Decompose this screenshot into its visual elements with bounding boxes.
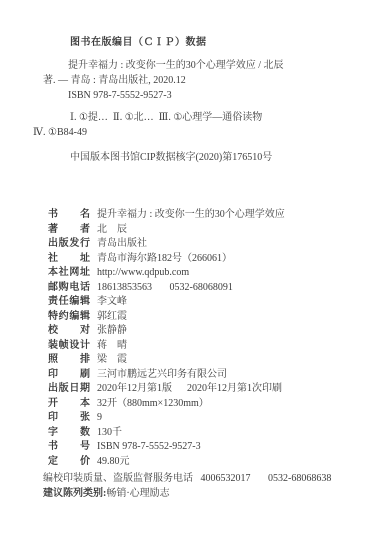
cip-record-number-line: 中国版本图书馆CIP数据核字(2020)第176510号 [70, 150, 375, 165]
info-row: 装帧设计 蒋 晴 [0, 339, 375, 354]
category-label: 建议陈列类别: [43, 488, 106, 499]
info-row-value: 三河市鹏远艺兴印务有限公司 [97, 368, 227, 383]
info-row: 书名 提升幸福力 : 改变你一生的30个心理学效应 [0, 208, 375, 223]
cip-title-line: 提升幸福力 : 改变你一生的30个心理学效应 / 北辰 [43, 58, 375, 73]
info-row-label: 责任编辑 [48, 295, 90, 310]
cip-isbn-line: ISBN 978-7-5552-9527-3 [43, 88, 375, 103]
info-row-label: 特约编辑 [48, 310, 90, 325]
info-row-label: 出版日期 [48, 382, 90, 397]
info-row: 特约编辑 郭红霞 [0, 310, 375, 325]
info-row-value: http://www.qdpub.com [97, 266, 189, 281]
info-row-label: 书名 [48, 208, 90, 223]
info-row-label: 社址 [48, 252, 90, 267]
info-row-value: 郭红霞 [97, 310, 127, 325]
cip-header: 图书在版编目（ＣＩＰ）数据 [70, 35, 375, 50]
info-row-label: 照排 [48, 353, 90, 368]
info-row: 定价 49.80元 [0, 455, 375, 470]
info-row-value: 18613853563 0532-68068091 [97, 281, 233, 296]
info-row-value: 蒋 晴 [97, 339, 127, 354]
info-row-value: 9 [97, 411, 102, 426]
category-line: 建议陈列类别:畅销·心理励志 [43, 487, 375, 502]
info-row: 责任编辑 李文峰 [0, 295, 375, 310]
info-row-label: 邮购电话 [48, 281, 90, 296]
cip-entry-block: 提升幸福力 : 改变你一生的30个心理学效应 / 北辰 著. — 青岛 : 青岛… [43, 58, 375, 103]
info-row: 书号 ISBN 978-7-5552-9527-3 [0, 440, 375, 455]
info-row-value: ISBN 978-7-5552-9527-3 [97, 440, 201, 455]
info-row-value: 李文峰 [97, 295, 127, 310]
footer-block: 编校印装质量、盗版监督服务电话 4006532017 0532-68068638… [43, 472, 375, 501]
info-row-label: 字数 [48, 426, 90, 441]
info-row-value: 北 辰 [97, 223, 127, 238]
info-row-value: 2020年12月第1版 2020年12月第1次印刷 [97, 382, 282, 397]
info-row-label: 印刷 [48, 368, 90, 383]
info-row-label: 著者 [48, 223, 90, 238]
info-row: 字数 130千 [0, 426, 375, 441]
info-row-label: 定价 [48, 455, 90, 470]
info-row: 开本 32开（880mm×1230mm） [0, 397, 375, 412]
info-row-value: 130千 [97, 426, 122, 441]
info-row-value: 青岛出版社 [97, 237, 147, 252]
info-row-label: 书号 [48, 440, 90, 455]
info-row-value: 32开（880mm×1230mm） [97, 397, 209, 412]
info-row: 本社网址 http://www.qdpub.com [0, 266, 375, 281]
cip-author-line: 著. — 青岛 : 青岛出版社, 2020.12 [43, 73, 375, 88]
copyright-page: 图书在版编目（ＣＩＰ）数据 提升幸福力 : 改变你一生的30个心理学效应 / 北… [0, 0, 375, 543]
info-row: 校对 张静静 [0, 324, 375, 339]
cip-class-line-2: Ⅳ. ①B84-49 [33, 125, 375, 140]
info-row-label: 校对 [48, 324, 90, 339]
category-value: 畅销·心理励志 [106, 488, 169, 499]
info-row: 出版发行 青岛出版社 [0, 237, 375, 252]
info-row-label: 开本 [48, 397, 90, 412]
info-row: 邮购电话 18613853563 0532-68068091 [0, 281, 375, 296]
info-row-value: 张静静 [97, 324, 127, 339]
info-row: 印刷 三河市鹏远艺兴印务有限公司 [0, 368, 375, 383]
cip-class-line-1: Ⅰ. ①提… Ⅱ. ①北… Ⅲ. ①心理学—通俗读物 [33, 110, 375, 125]
info-row-value: 提升幸福力 : 改变你一生的30个心理学效应 [97, 208, 285, 223]
quality-hotline-line: 编校印装质量、盗版监督服务电话 4006532017 0532-68068638 [43, 472, 375, 487]
info-row-label: 出版发行 [48, 237, 90, 252]
info-row: 印张 9 [0, 411, 375, 426]
info-row: 著者 北 辰 [0, 223, 375, 238]
info-row: 出版日期 2020年12月第1版 2020年12月第1次印刷 [0, 382, 375, 397]
info-row-value: 49.80元 [97, 455, 130, 470]
info-row-value: 梁 霞 [97, 353, 127, 368]
book-info-list: 书名 提升幸福力 : 改变你一生的30个心理学效应 著者 北 辰 出版发行 青岛… [0, 208, 375, 469]
info-row: 照排 梁 霞 [0, 353, 375, 368]
cip-classification-block: Ⅰ. ①提… Ⅱ. ①北… Ⅲ. ①心理学—通俗读物 Ⅳ. ①B84-49 [33, 110, 375, 140]
info-row: 社址 青岛市海尔路182号（266061） [0, 252, 375, 267]
info-row-label: 印张 [48, 411, 90, 426]
info-row-label: 装帧设计 [48, 339, 90, 354]
info-row-value: 青岛市海尔路182号（266061） [97, 252, 232, 267]
info-row-label: 本社网址 [48, 266, 90, 281]
